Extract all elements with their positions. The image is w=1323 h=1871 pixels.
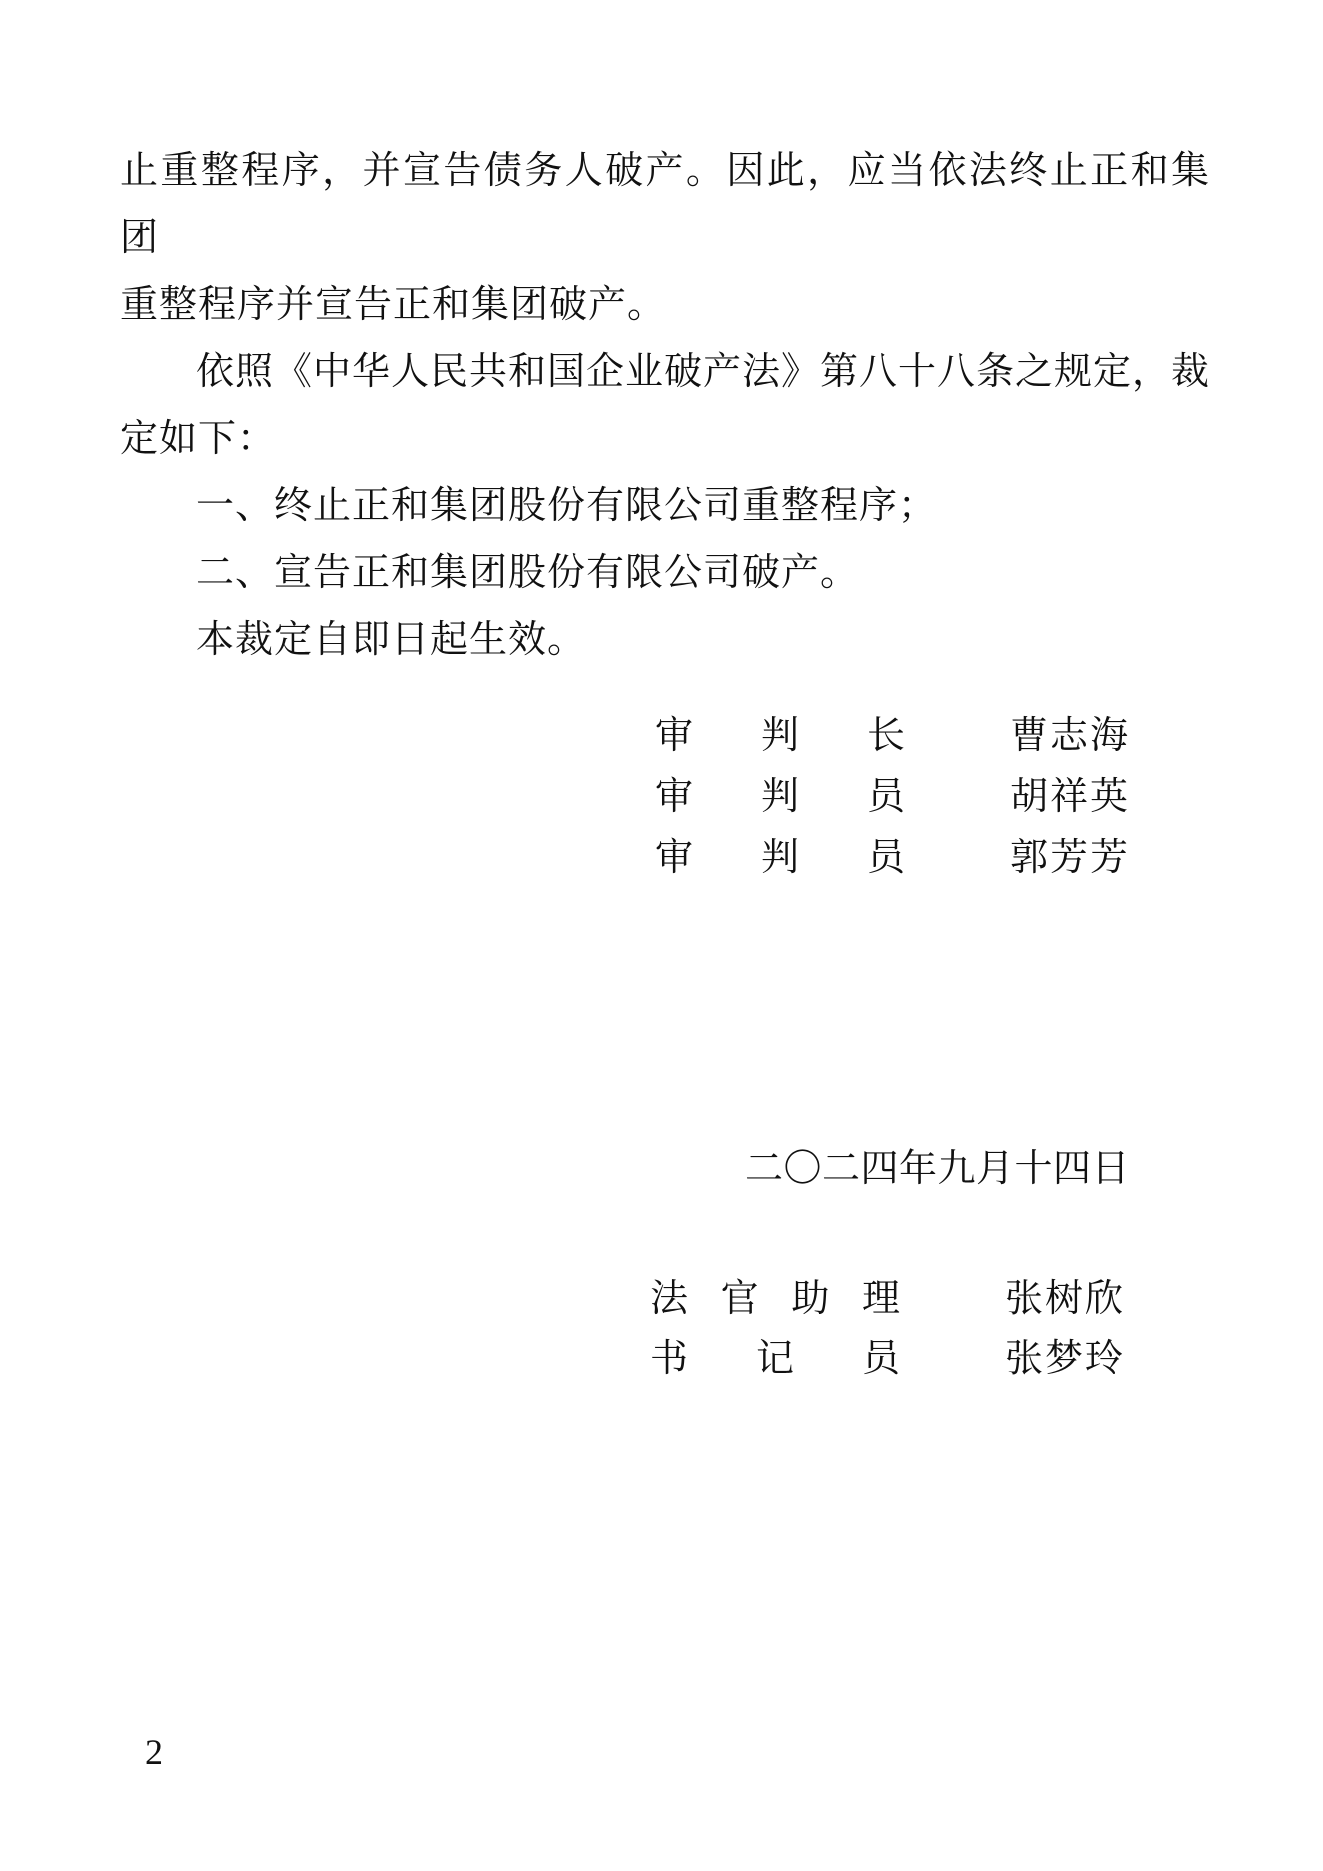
judge-role: 审判员 <box>655 767 905 828</box>
body-line: 止重整程序，并宣告债务人破产。因此，应当依法终止正和集团 <box>120 138 1210 272</box>
judge-name: 胡祥英 <box>1010 767 1130 828</box>
assistant-role: 法官助理 <box>650 1269 900 1329</box>
body-line: 依照《中华人民共和国企业破产法》第八十八条之规定，裁 <box>120 339 1210 406</box>
judge-line: 审判员郭芳芳 <box>655 828 1130 889</box>
ruling-date: 二〇二四年九月十四日 <box>745 1148 1130 1190</box>
clerks-signature-block: 法官助理张树欣 书记员张梦玲 <box>650 1269 1125 1389</box>
judge-role: 审判长 <box>655 706 905 767</box>
ruling-item-1: 一、终止正和集团股份有限公司重整程序； <box>120 473 1210 540</box>
ruling-body-text: 止重整程序，并宣告债务人破产。因此，应当依法终止正和集团 重整程序并宣告正和集团… <box>120 138 1210 674</box>
court-ruling-page: 止重整程序，并宣告债务人破产。因此，应当依法终止正和集团 重整程序并宣告正和集团… <box>0 0 1323 1871</box>
presiding-judge-line: 审判长曹志海 <box>655 706 1130 767</box>
page-number: 2 <box>145 1732 163 1772</box>
body-line: 重整程序并宣告正和集团破产。 <box>120 272 1210 339</box>
assistant-name: 张树欣 <box>1005 1269 1125 1329</box>
clerk-name: 张梦玲 <box>1005 1329 1125 1389</box>
judges-signature-block: 审判长曹志海 审判员胡祥英 审判员郭芳芳 <box>655 706 1130 889</box>
effective-statement: 本裁定自即日起生效。 <box>120 607 1210 674</box>
clerk-role: 书记员 <box>650 1329 900 1389</box>
judge-line: 审判员胡祥英 <box>655 767 1130 828</box>
clerk-line: 书记员张梦玲 <box>650 1329 1125 1389</box>
body-line: 定如下： <box>120 406 1210 473</box>
judge-name: 郭芳芳 <box>1010 828 1130 889</box>
judge-role: 审判员 <box>655 828 905 889</box>
judge-assistant-line: 法官助理张树欣 <box>650 1269 1125 1329</box>
judge-name: 曹志海 <box>1010 706 1130 767</box>
ruling-item-2: 二、宣告正和集团股份有限公司破产。 <box>120 540 1210 607</box>
